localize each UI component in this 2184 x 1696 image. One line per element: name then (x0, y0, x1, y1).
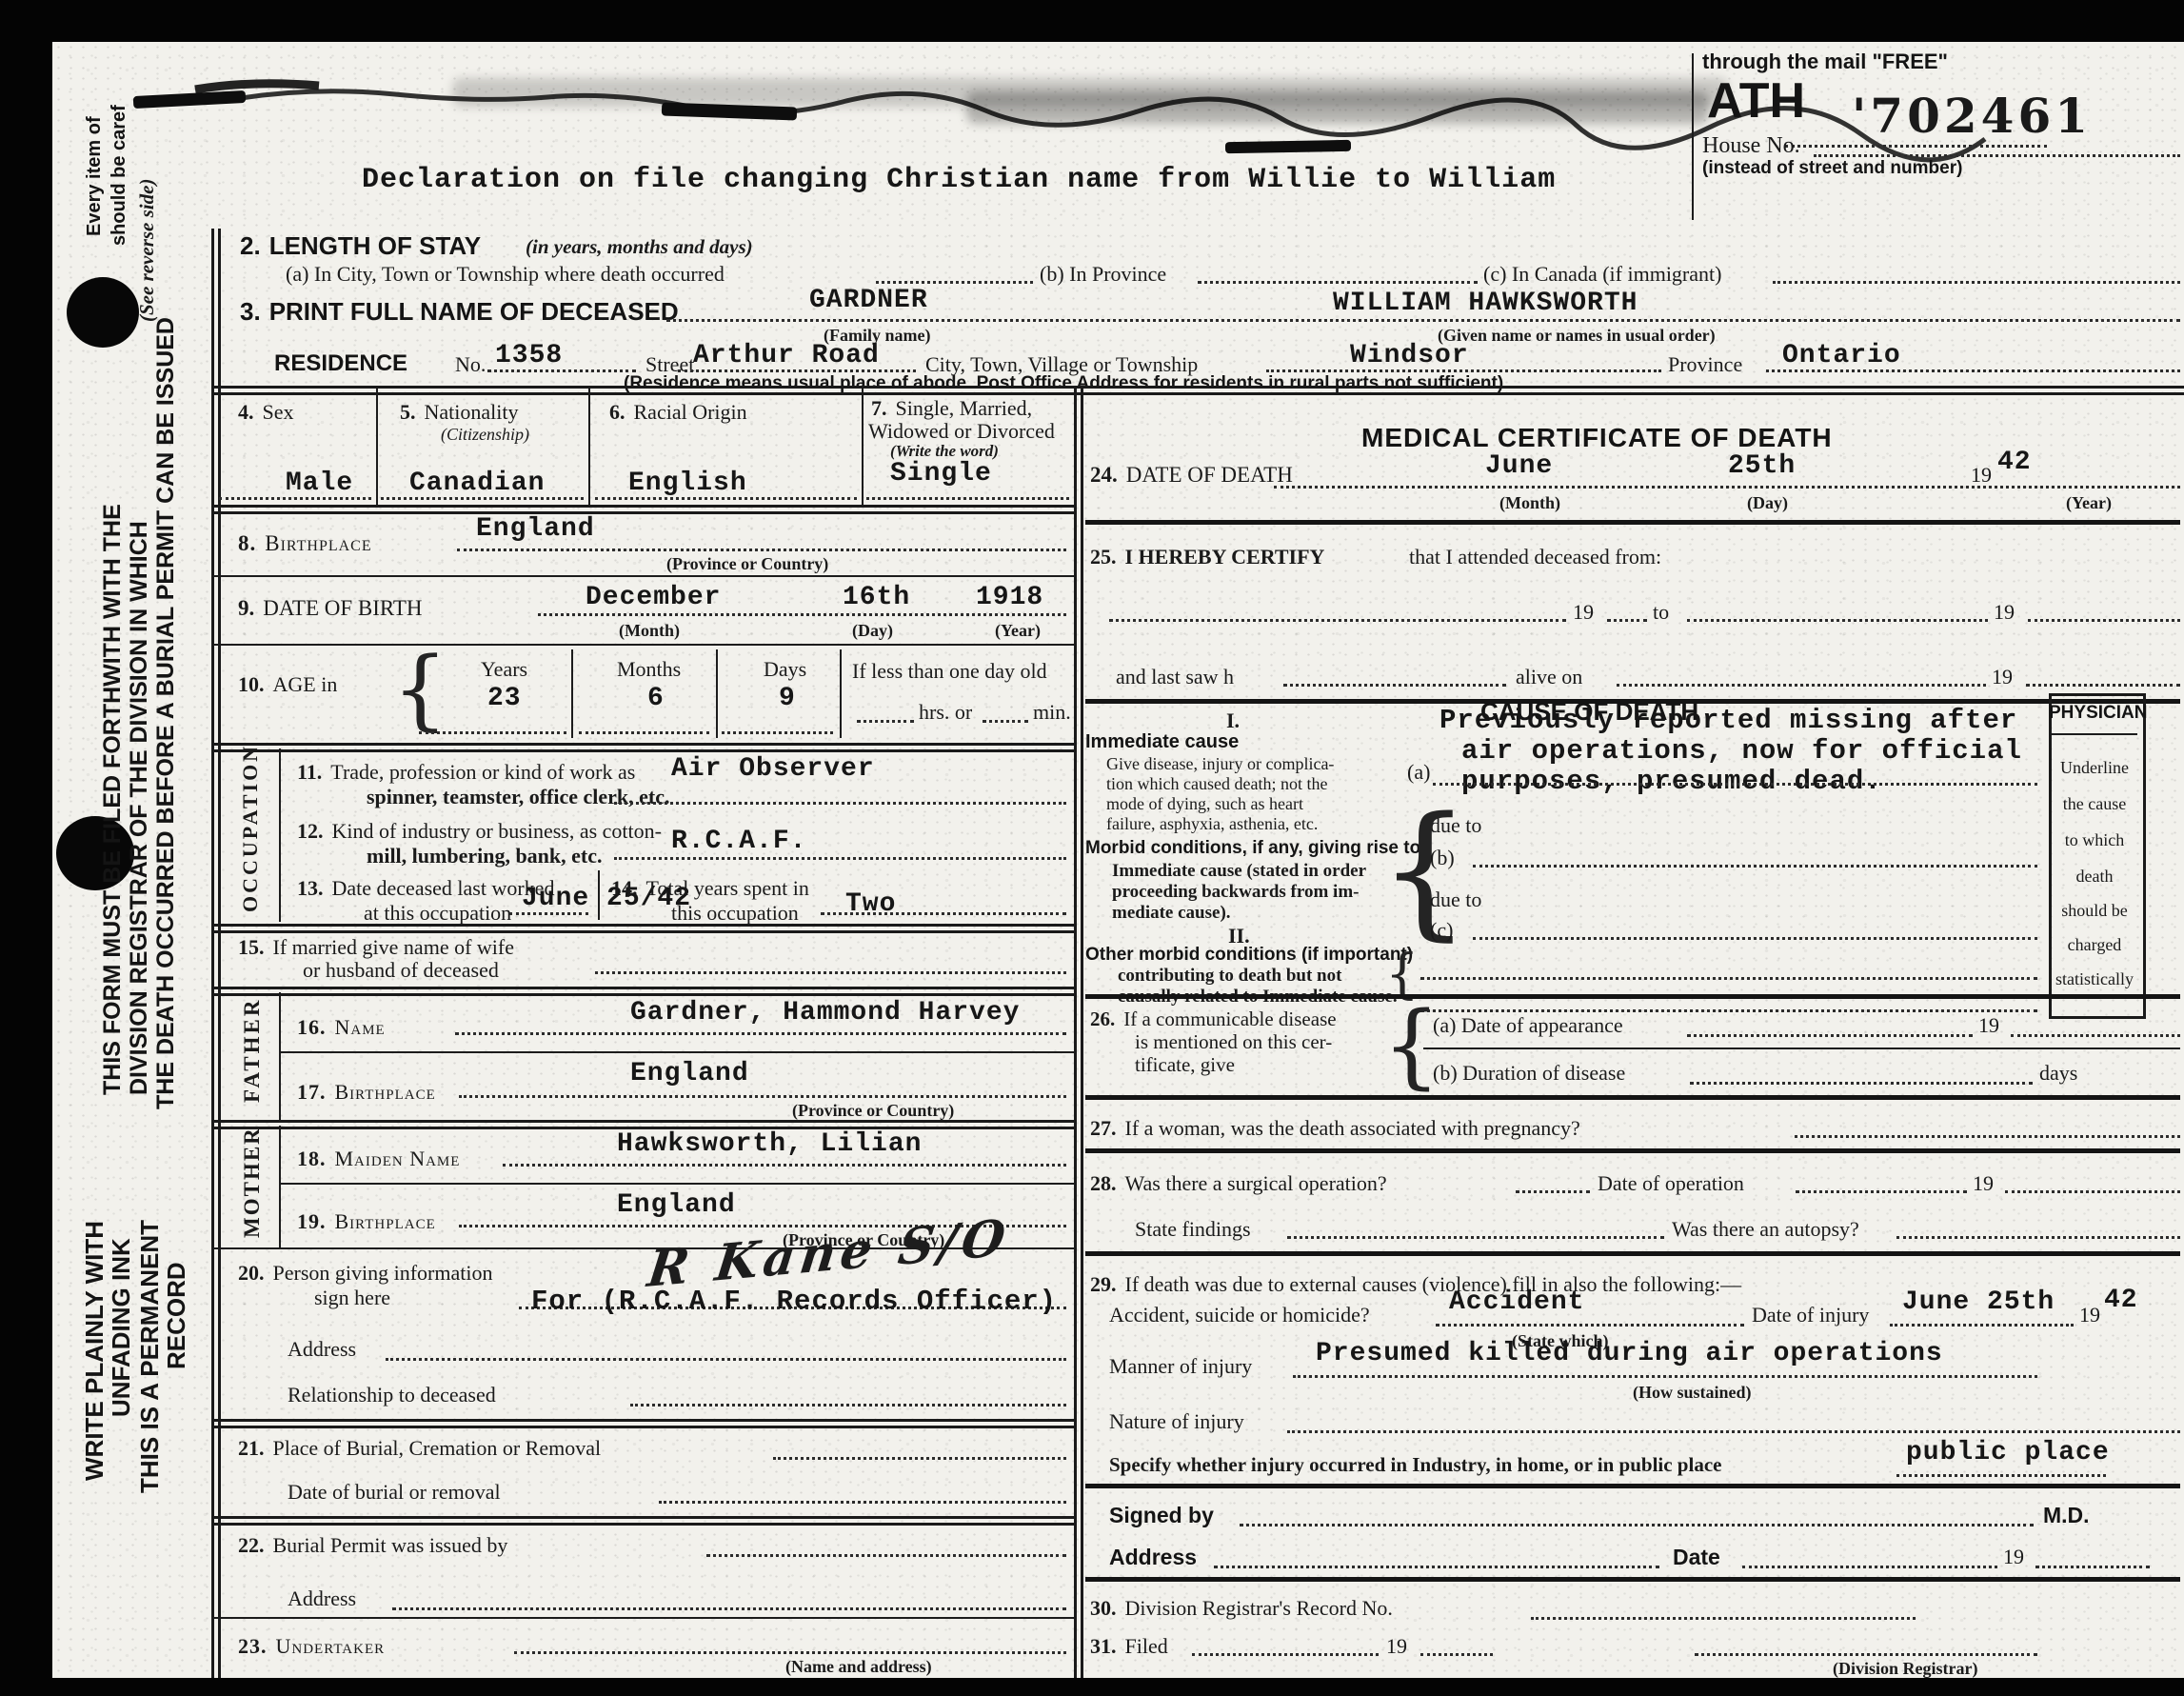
margin-note-should-be: should be caref (109, 105, 130, 246)
section2-line-a: (a) In City, Town or Township where deat… (286, 262, 725, 287)
margin-write-plainly-line1: WRITE PLAINLY WITH (80, 1221, 109, 1481)
death-day-sublabel: (Day) (1747, 493, 1788, 513)
cause-bc-brace: { (1379, 798, 1471, 943)
dotted-line (773, 1457, 1066, 1460)
residence-street-value: Arthur Road (693, 341, 880, 370)
cause-entry-b-label: (b) (1430, 846, 1455, 870)
age-years-label: Years (481, 657, 527, 682)
section20-label-line2: sign here (314, 1286, 390, 1310)
dotted-line (2026, 684, 2180, 687)
section-rule (1423, 1048, 2180, 1049)
dotted-line (459, 1095, 1066, 1098)
occupation-trade-value: Air Observer (671, 754, 875, 784)
section27-label: 27.If a woman, was the death associated … (1090, 1116, 1580, 1141)
age-brace: { (392, 646, 448, 733)
morbid-conditions-note1: Immediate cause (stated in order (1112, 861, 1366, 882)
dotted-line (678, 369, 916, 372)
dotted-line (2028, 619, 2180, 622)
dotted-line (2005, 1190, 2180, 1193)
section17-label: 17.Birthplace (297, 1080, 436, 1105)
dotted-line (503, 1164, 1066, 1167)
dotted-line (1420, 1009, 2037, 1012)
dotted-line (392, 1607, 1066, 1610)
immediate-cause-label: Immediate cause (1085, 731, 1239, 753)
section12-label-line2: mill, lumbering, bank, etc. (367, 844, 603, 868)
dotted-line (1473, 865, 2037, 868)
section21-label: 21.Place of Burial, Cremation or Removal (238, 1436, 601, 1461)
accident-suicide-label: Accident, suicide or homicide? (1109, 1303, 1370, 1327)
date-of-injury-label: Date of injury (1752, 1303, 1869, 1327)
state-findings-label: State findings (1135, 1217, 1251, 1242)
section7-sublabel: (Write the word) (890, 442, 999, 461)
dotted-line (1890, 1324, 2074, 1327)
dotted-line (381, 497, 584, 500)
dotted-line (538, 613, 1066, 616)
section26-brace: { (1382, 1000, 1440, 1091)
section2-title-note: (in years, months and days) (526, 235, 753, 259)
dotted-line (1287, 1430, 2180, 1433)
other-morbid-label: Other morbid conditions (if important) (1085, 945, 1413, 966)
morbid-conditions-note2: proceeding backwards from im- (1112, 882, 1359, 903)
section24-label: 24.DATE OF DEATH (1090, 463, 1293, 488)
immediate-cause-note1: Give disease, injury or complica- (1106, 754, 1334, 774)
medical-certificate-title: MEDICAL CERTIFICATE OF DEATH (1361, 423, 1833, 453)
birthplace-value: England (476, 514, 595, 544)
dotted-line (1896, 1236, 2180, 1239)
birth-month-value: December (586, 583, 721, 612)
given-name-sublabel: (Given name or names in usual order) (1438, 326, 1716, 346)
dotted-line (1766, 369, 2180, 372)
heavy-rule (1085, 994, 2180, 999)
dotted-line (1785, 145, 2047, 148)
dotted-line (1283, 684, 1506, 687)
column-divider (1074, 386, 1083, 1678)
attended-from-year: 19 (1573, 600, 1594, 625)
family-name-value: GARDNER (809, 286, 928, 315)
age-cell-divider (571, 649, 573, 738)
paper-sheet: Every item of should be caref (See rever… (52, 42, 2184, 1678)
section22-label: 22.Burial Permit was issued by (238, 1533, 507, 1558)
section26-label-line3: tificate, give (1135, 1053, 1235, 1077)
cause-entry-c-label: (c) (1430, 918, 1453, 943)
dotted-line (614, 857, 1066, 860)
dotted-line (595, 497, 857, 500)
dotted-line (983, 720, 1028, 723)
dotted-line (2011, 1034, 2180, 1037)
dotted-line (1293, 1375, 2037, 1378)
residence-no-label: No. (455, 352, 486, 377)
dotted-line (1695, 1653, 2037, 1656)
dotted-line (1266, 369, 1661, 372)
filed-year: 19 (1386, 1634, 1407, 1659)
attended-to-label: to (1653, 600, 1669, 625)
cell-divider (376, 389, 378, 505)
section20-label-line1: 20.Person giving information (238, 1261, 492, 1286)
section-rule (211, 1419, 1074, 1428)
residence-city-value: Windsor (1350, 341, 1469, 370)
section8-label: 8.Birthplace (238, 531, 372, 556)
alive-on-label: alive on (1516, 665, 1582, 689)
section13-label-line2: at this occupation (364, 901, 511, 926)
mother-group-divider (279, 1126, 281, 1247)
dotted-line (419, 731, 566, 734)
dotted-line (857, 720, 914, 723)
dotted-line (1796, 1190, 1967, 1193)
dotted-line (1420, 1653, 1493, 1656)
dotted-line (386, 1358, 1066, 1361)
section5-label: 5.Nationality (400, 400, 518, 425)
occupation-group-divider (279, 748, 281, 922)
signed-by-label: Signed by (1109, 1503, 1214, 1528)
scan-border-top (0, 0, 2184, 42)
death-month-value: June (1485, 451, 1553, 481)
section11-label-line2: spinner, teamster, office clerk, etc. (367, 785, 670, 809)
death-title-partial: ATH (1707, 72, 1805, 130)
dotted-line (659, 1501, 1066, 1504)
dotted-line (1687, 1034, 1973, 1037)
morbid-conditions-note3: mediate cause). (1112, 903, 1231, 924)
death-year-pre: 19 (1971, 463, 1992, 488)
underline-note-word3: to which (2049, 830, 2140, 850)
margin-filing-instruction-line1: THIS FORM MUST BE FILED FORTHWITH WITH T… (99, 504, 127, 1095)
dotted-line (1742, 1566, 1997, 1568)
physician-date-label: Date (1673, 1545, 1720, 1570)
duration-unit-label: days (2039, 1061, 2077, 1086)
section25-label: 25.I HEREBY CERTIFY (1090, 545, 1324, 569)
dotted-line (1240, 1524, 2034, 1526)
age-months-value: 6 (647, 684, 665, 713)
margin-permanent-record-line1: THIS IS A PERMANENT (135, 1220, 165, 1493)
dotted-line (706, 1554, 1066, 1557)
manner-of-injury-label: Manner of injury (1109, 1354, 1252, 1379)
cause-typed-line1: Previously reported missing after (1439, 705, 2017, 736)
section26-label-line2: is mentioned on this cer- (1135, 1030, 1332, 1054)
other-morbid-note1: contributing to death but not (1118, 966, 1341, 987)
physician-box-rule (2052, 733, 2137, 735)
age-cell-divider (840, 649, 842, 738)
dotted-line (514, 1651, 1066, 1654)
dotted-line (1773, 281, 2180, 284)
division-registrar-sublabel: (Division Registrar) (1833, 1659, 1977, 1679)
section9-label: 9.DATE OF BIRTH (238, 596, 423, 621)
md-label: M.D. (2043, 1503, 2090, 1528)
dotted-line (1109, 619, 1566, 622)
residence-province-value: Ontario (1782, 341, 1901, 370)
margin-filing-instruction-line3: THE DEATH OCCURRED BEFORE A BURIAL PERMI… (152, 317, 180, 1109)
registration-number: '702461 (1852, 88, 2092, 144)
birth-day-value: 16th (843, 583, 910, 612)
dotted-line (219, 497, 371, 500)
section-rule (211, 743, 1074, 752)
mother-birthplace-value: England (617, 1190, 736, 1220)
underline-note-word4: death (2049, 867, 2140, 887)
dotted-line (595, 971, 1066, 974)
section15-label-line2: or husband of deceased (303, 958, 499, 983)
section13-label-line1: 13.Date deceased last worked (297, 876, 554, 901)
dotted-line (1214, 1566, 1659, 1568)
dotted-line (666, 319, 2180, 322)
immediate-cause-note2: tion which caused death; not the (1106, 774, 1327, 794)
section-rule (211, 987, 1074, 996)
section-rule (211, 1120, 1074, 1129)
dotted-line (1516, 1190, 1590, 1193)
cell-divider (862, 389, 864, 505)
father-group-label: FATHER (240, 998, 265, 1103)
punch-hole (67, 277, 139, 348)
section17-sublabel: (Province or Country) (792, 1101, 954, 1121)
occupation-industry-value: R.C.A.F. (671, 827, 806, 856)
immediate-cause-note3: mode of dying, such as heart (1106, 794, 1303, 814)
last-saw-label: and last saw h (1116, 665, 1234, 689)
dotted-line (614, 802, 1066, 805)
permit-address-label: Address (288, 1586, 356, 1611)
mother-group-label: MOTHER (240, 1127, 265, 1238)
section14-label-line2: this occupation (671, 901, 799, 926)
section4-label: 4.Sex (238, 400, 294, 425)
house-no-label: House No. (1702, 133, 1800, 159)
cell-divider (588, 389, 590, 505)
section-rule (211, 1617, 1074, 1619)
dotted-line (1436, 1324, 1744, 1327)
dotted-line (876, 281, 1033, 284)
dotted-line (1420, 977, 2037, 980)
dotted-line (1433, 783, 2037, 786)
cause-typed-line2: air operations, now for official (1461, 735, 2022, 767)
underline-note-word2: the cause (2049, 794, 2140, 814)
section6-label: 6.Racial Origin (609, 400, 747, 425)
dotted-line (457, 549, 1066, 551)
section26-label-line1: 26.If a communicable disease (1090, 1008, 1337, 1031)
house-no-note: (instead of street and number) (1702, 158, 1962, 179)
informant-address-label: Address (288, 1337, 356, 1362)
heavy-rule (1085, 1251, 2180, 1256)
physician-date-year: 19 (2003, 1545, 2024, 1569)
heavy-rule (1085, 1148, 2180, 1153)
informant-relationship-label: Relationship to deceased (288, 1383, 496, 1407)
section7-label-line2: Widowed or Divorced (868, 419, 1055, 444)
section-rule (211, 1516, 1074, 1526)
section2-line-b: (b) In Province (1040, 262, 1166, 287)
margin-permanent-record-line2: RECORD (162, 1262, 191, 1369)
attended-to-year: 19 (1994, 600, 2015, 625)
dotted-line (1896, 1474, 2106, 1477)
age-min-label: min. (1033, 700, 1071, 725)
section5-sublabel: (Citizenship) (441, 425, 529, 445)
margin-write-plainly-line2: UNFADING INK (107, 1238, 136, 1417)
birth-day-sublabel: (Day) (852, 621, 893, 641)
birth-year-sublabel: (Year) (995, 621, 1041, 641)
underline-note-word7: statistically (2049, 969, 2140, 989)
dotted-line (1287, 1236, 1664, 1239)
dotted-line (509, 912, 588, 915)
cell-divider (598, 870, 600, 920)
declaration-annotation: Declaration on file changing Christian n… (362, 164, 1556, 196)
father-group-divider (279, 992, 281, 1120)
section31-label: 31.Filed (1090, 1634, 1168, 1659)
scan-border-left (0, 0, 52, 1696)
header-divider-line (1692, 53, 1694, 220)
section23-sublabel: (Name and address) (785, 1657, 932, 1677)
age-days-label: Days (764, 657, 806, 682)
margin-note-see-reverse: (See reverse side) (135, 179, 159, 322)
dotted-line (2035, 1566, 2150, 1568)
section30-label: 30.Division Registrar's Record No. (1090, 1596, 1393, 1621)
section-rule (211, 575, 1074, 577)
father-birthplace-value: England (630, 1059, 749, 1088)
dotted-line (630, 1404, 1066, 1407)
marital-status-value: Single (890, 459, 992, 489)
section10-label: 10.AGE in (238, 672, 337, 697)
section2-title: 2.LENGTH OF STAY (240, 231, 481, 261)
section12-label-line1: 12.Kind of industry or business, as cott… (297, 819, 662, 844)
form-left-border (211, 229, 221, 1678)
section-rule (211, 644, 1074, 646)
dotted-line (1687, 619, 1988, 622)
how-sustained-sublabel: (How sustained) (1633, 1383, 1752, 1403)
nationality-value: Canadian (409, 469, 545, 498)
section19-label: 19.Birthplace (297, 1209, 436, 1234)
section18-label: 18.Maiden Name (297, 1147, 460, 1171)
dotted-line (1814, 154, 2180, 157)
section8-sublabel: (Province or Country) (666, 554, 828, 574)
racial-origin-value: English (628, 469, 747, 498)
section14-label-line1: 14.Total years spent in (611, 876, 809, 901)
section-rule (211, 505, 1074, 514)
heavy-rule (1085, 1095, 2180, 1100)
date-of-operation-label: Date of operation (1598, 1171, 1744, 1196)
scan-smudge (966, 91, 1709, 124)
dotted-line (722, 731, 833, 734)
alive-on-year: 19 (1992, 665, 2013, 689)
physician-address-label: Address (1109, 1545, 1197, 1570)
death-month-sublabel: (Month) (1499, 493, 1560, 513)
age-years-value: 23 (487, 684, 522, 713)
section25-rest: that I attended deceased from: (1409, 545, 1661, 569)
underline-note-word1: Underline (2049, 758, 2140, 778)
margin-filing-instruction-line2: DIVISION REGISTRAR OF THE DIVISION IN WH… (126, 521, 153, 1095)
section16-label: 16.Name (297, 1015, 386, 1040)
dotted-line (1473, 937, 2037, 940)
residence-no-value: 1358 (495, 341, 563, 370)
dotted-line (866, 497, 1069, 500)
section29-label: 29.If death was due to external causes (… (1090, 1272, 1741, 1297)
specify-injury-label: Specify whether injury occurred in Indus… (1109, 1453, 1721, 1477)
mail-free-note: through the mail "FREE" (1702, 50, 1948, 74)
immediate-cause-note4: failure, asphyxia, asthenia, etc. (1106, 814, 1318, 834)
section-rule (281, 1051, 1074, 1053)
heavy-rule (1085, 520, 2180, 525)
section15-label-line1: 15.If married give name of wife (238, 935, 514, 960)
section2-line-c: (c) In Canada (if immigrant) (1483, 262, 1721, 287)
death-day-value: 25th (1728, 451, 1796, 481)
autopsy-label: Was there an autopsy? (1672, 1217, 1859, 1242)
age-months-label: Months (617, 657, 681, 682)
injury-date-value: June 25th (1902, 1287, 2055, 1317)
section23-label: 23.Undertaker (238, 1634, 385, 1659)
physician-label: PHYSICIAN (2049, 703, 2140, 724)
section11-label-line1: 11.Trade, profession or kind of work as (297, 760, 635, 785)
dotted-line (1198, 281, 1478, 284)
scanned-death-certificate: Every item of should be caref (See rever… (0, 0, 2184, 1696)
injury-year-value: 42 (2104, 1286, 2138, 1315)
margin-note-every-item: Every item of (84, 116, 106, 236)
residence-label: RESIDENCE (274, 350, 407, 377)
cause-entry-a-label: (a) (1407, 760, 1430, 785)
birth-month-sublabel: (Month) (619, 621, 680, 641)
dotted-line (1607, 619, 1647, 622)
given-name-value: WILLIAM HAWKSWORTH (1333, 289, 1638, 318)
dotted-line (455, 1032, 1066, 1035)
dotted-line (1617, 684, 1986, 687)
accident-value: Accident (1449, 1287, 1584, 1317)
age-less-than-day-label: If less than one day old (852, 659, 1047, 684)
dotted-line (487, 369, 636, 372)
dotted-line (1531, 1617, 1916, 1620)
residence-province-label: Province (1668, 352, 1742, 377)
occupation-group-label: OCCUPATION (238, 744, 263, 912)
heavy-rule (1085, 1484, 2180, 1488)
manner-of-injury-value: Presumed killed during air operations (1316, 1339, 1943, 1368)
header-separator-rule (211, 386, 2184, 395)
section7-label-line1: 7.Single, Married, (871, 396, 1032, 421)
date-of-appearance-label: (a) Date of appearance (1433, 1013, 1623, 1038)
mother-maiden-name-value: Hawksworth, Lilian (617, 1129, 922, 1159)
age-hrs-label: hrs. or (919, 700, 972, 725)
morbid-conditions-label: Morbid conditions, if any, giving rise t… (1085, 838, 1420, 859)
duration-of-disease-label: (b) Duration of disease (1433, 1061, 1625, 1086)
section-rule (281, 1183, 1074, 1185)
cause-roman-one: I. (1226, 708, 1240, 733)
dotted-line (1274, 486, 2180, 489)
dotted-line (1192, 1653, 1379, 1656)
sex-value: Male (286, 469, 353, 498)
informant-typed-value: For (R.C.A.F. Records Officer) (531, 1286, 1057, 1317)
section3-title: 3.PRINT FULL NAME OF DECEASED (240, 297, 679, 327)
dotted-line (821, 912, 1066, 915)
death-year-value: 42 (1997, 448, 2032, 477)
dotted-line (1690, 1082, 2033, 1085)
cause-typed-line3: purposes, presumed dead. (1461, 766, 1882, 797)
birth-year-value: 1918 (976, 583, 1043, 612)
nature-of-injury-label: Nature of injury (1109, 1409, 1244, 1434)
age-days-value: 9 (779, 684, 796, 713)
heavy-rule (1085, 1577, 2180, 1582)
specify-injury-value: public place (1906, 1438, 2110, 1467)
scan-border-bottom (0, 1678, 2184, 1696)
death-year-sublabel: (Year) (2066, 493, 2112, 513)
father-name-value: Gardner, Hammond Harvey (630, 998, 1020, 1028)
ink-dash (1225, 140, 1351, 153)
age-cell-divider (716, 649, 718, 738)
injury-year-pre: 19 (2079, 1303, 2100, 1327)
operation-year: 19 (1973, 1171, 1994, 1196)
burial-date-label: Date of burial or removal (288, 1480, 501, 1505)
underline-note-word6: charged (2049, 935, 2140, 955)
underline-note-word5: should be (2049, 901, 2140, 921)
date-of-appearance-year: 19 (1978, 1013, 1999, 1038)
dotted-line (1795, 1135, 2180, 1138)
section28-label: 28.Was there a surgical operation? (1090, 1171, 1387, 1196)
dotted-line (579, 731, 709, 734)
section-rule (211, 924, 1074, 933)
cause-due-to-2: due to (1430, 888, 1481, 912)
